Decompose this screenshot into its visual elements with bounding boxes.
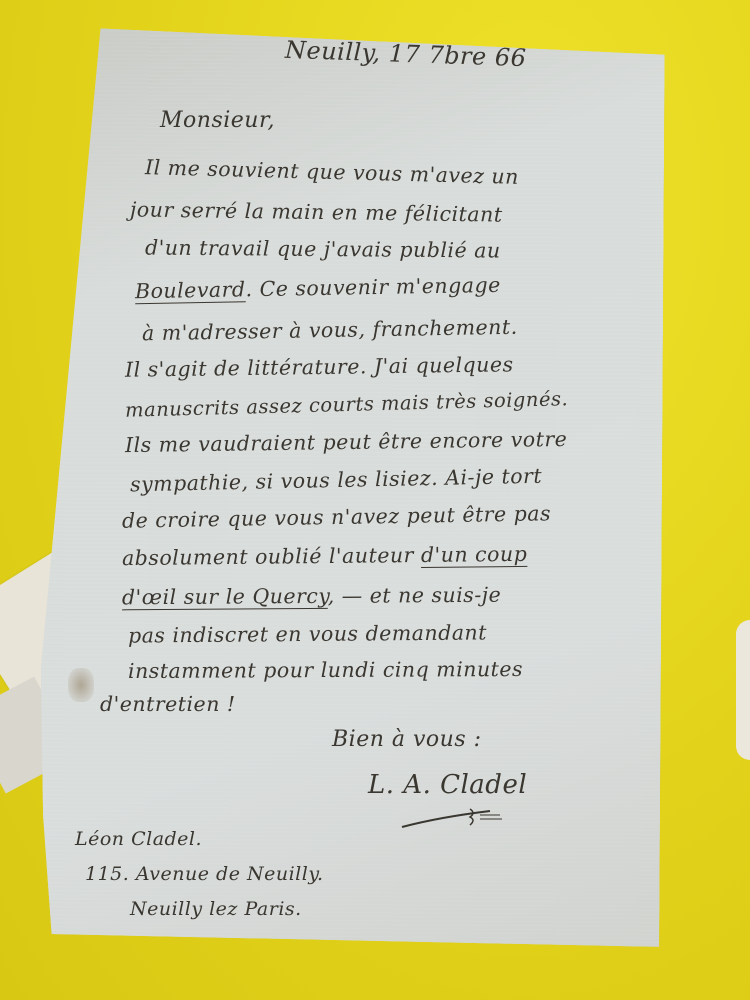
address-line-3: Neuilly lez Paris. (130, 898, 302, 920)
body-line-14: instamment pour lundi cinq minutes (128, 657, 523, 683)
signature: L. A. Cladel (368, 770, 527, 800)
salutation: Monsieur, (160, 108, 275, 133)
body-line-15: d'entretien ! (100, 692, 236, 716)
body-line-12: d'œil sur le Quercy, — et ne suis-je (122, 583, 501, 610)
address-line-2: 115. Avenue de Neuilly. (85, 863, 324, 885)
underlined-title-part2: d'œil sur le Quercy (122, 584, 328, 609)
underlined-title-part1: d'un coup (421, 542, 528, 567)
body-line-3: d'un travail que j'avais publié au (145, 235, 501, 262)
underlined-boulevard: Boulevard (135, 277, 246, 303)
paper-scrap-right (736, 620, 750, 760)
closing: Bien à vous : (332, 727, 482, 752)
address-line-1: Léon Cladel. (75, 828, 202, 850)
signature-flourish-icon (400, 805, 510, 829)
ink-stain (68, 668, 94, 702)
body-line-13: pas indiscret en vous demandant (128, 620, 487, 647)
body-line-11: absolument oublié l'auteur d'un coup (122, 542, 528, 570)
